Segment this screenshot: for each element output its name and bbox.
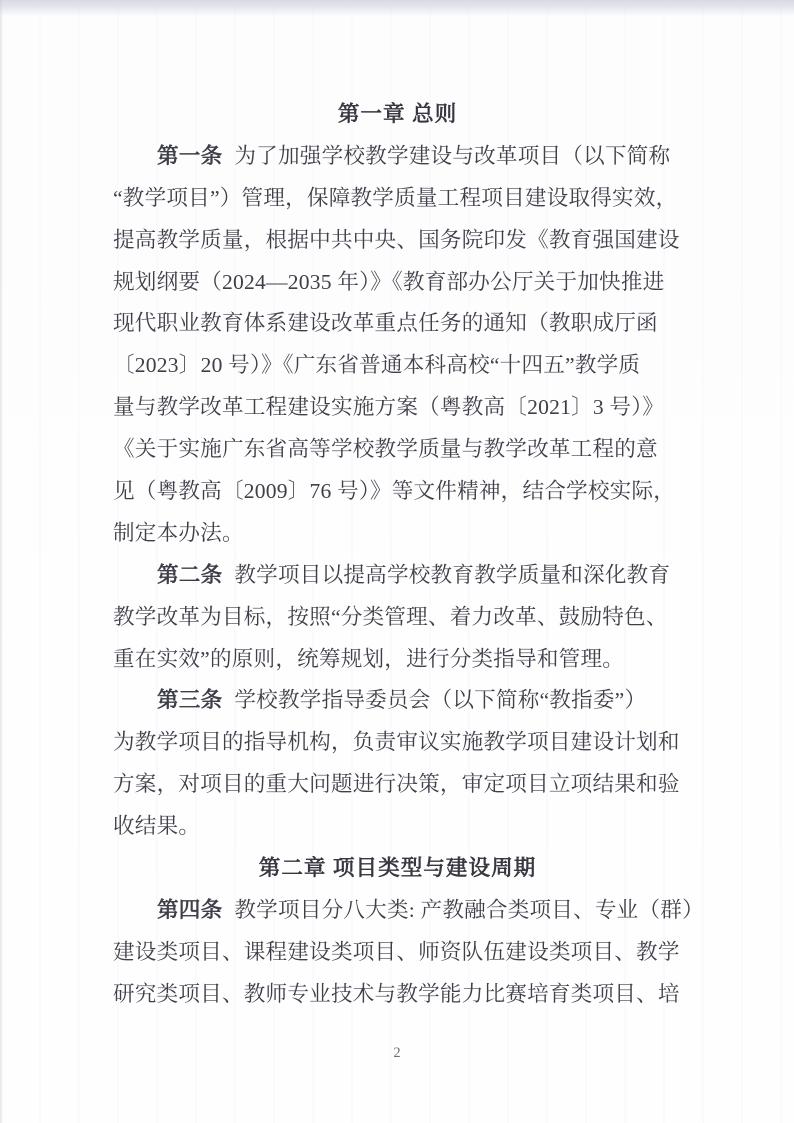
doc-line: “教学项目”）管理，保障教学质量工程项目建设取得实效， [113, 178, 682, 220]
doc-line: 研究类项目、教师专业技术与教学能力比赛培育类项目、培 [113, 974, 682, 1016]
chapter-1-heading: 第一章 总则 [113, 94, 682, 136]
scan-edge-top [0, 0, 794, 16]
article-3-first-line: 第三条学校教学指导委员会（以下简称“教指委”） [113, 680, 682, 722]
article-4-first-line: 第四条教学项目分八大类: 产教融合类项目、专业（群） [113, 890, 682, 932]
doc-line: 现代职业教育体系建设改革重点任务的通知（教职成厅函 [113, 303, 682, 345]
article-2-text: 教学项目以提高学校教育教学质量和深化教育 [234, 563, 670, 587]
doc-line: 方案，对项目的重大问题进行决策，审定项目立项结果和验 [113, 764, 682, 806]
chapter-2-heading: 第二章 项目类型与建设周期 [113, 848, 682, 890]
article-2-number: 第二条 [157, 563, 222, 587]
scan-edge-left [0, 0, 3, 1123]
article-1-number: 第一条 [157, 144, 222, 168]
doc-line: 《关于实施广东省高等学校教学质量与教学改革工程的意 [113, 429, 682, 471]
doc-line: 规划纲要（2024—2035 年）》《教育部办公厅关于加快推进 [113, 262, 682, 304]
article-3-number: 第三条 [157, 688, 222, 712]
article-2-first-line: 第二条教学项目以提高学校教育教学质量和深化教育 [113, 555, 682, 597]
article-4-number: 第四条 [157, 898, 222, 922]
scanned-document-page: 第一章 总则 第一条为了加强学校教学建设与改革项目（以下简称 “教学项目”）管理… [0, 0, 794, 1123]
article-1-text: 为了加强学校教学建设与改革项目（以下简称 [234, 144, 670, 168]
doc-line: 提高教学质量，根据中共中央、国务院印发《教育强国建设 [113, 220, 682, 262]
doc-line: 为教学项目的指导机构，负责审议实施教学项目建设计划和 [113, 722, 682, 764]
article-4-text: 教学项目分八大类: 产教融合类项目、专业（群） [234, 898, 703, 922]
doc-line: 收结果。 [113, 806, 682, 848]
article-3-text: 学校教学指导委员会（以下简称“教指委”） [234, 688, 646, 712]
document-body: 第一章 总则 第一条为了加强学校教学建设与改革项目（以下简称 “教学项目”）管理… [113, 94, 682, 1016]
page-number: 2 [0, 1043, 794, 1063]
doc-line: 教学改革为目标，按照“分类管理、着力改革、鼓励特色、 [113, 597, 682, 639]
doc-line: 重在实效”的原则，统筹规划，进行分类指导和管理。 [113, 639, 682, 681]
article-1-first-line: 第一条为了加强学校教学建设与改革项目（以下简称 [113, 136, 682, 178]
doc-line: 见（粤教高〔2009〕76 号）》等文件精神，结合学校实际， [113, 471, 682, 513]
doc-line: 制定本办法。 [113, 513, 682, 555]
doc-line: 量与教学改革工程建设实施方案（粤教高〔2021〕3 号）》 [113, 387, 682, 429]
doc-line: 建设类项目、课程建设类项目、师资队伍建设类项目、教学 [113, 932, 682, 974]
doc-line: 〔2023〕20 号）》《广东省普通本科高校“十四五”教学质 [113, 345, 682, 387]
